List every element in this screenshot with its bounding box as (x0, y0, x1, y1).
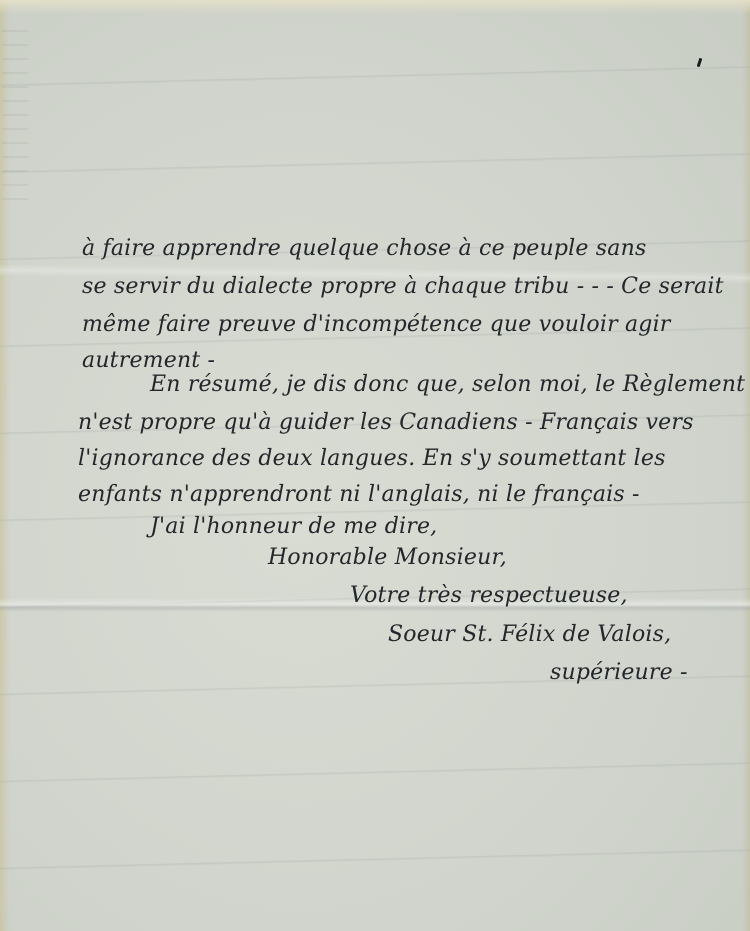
ink-speck (697, 58, 703, 67)
signatory-title: supérieure - (550, 660, 688, 685)
letter-page: à faire apprendre quelque chose à ce peu… (0, 0, 750, 931)
body-line-1: à faire apprendre quelque chose à ce peu… (82, 236, 646, 261)
body-line-2: se servir du dialecte propre à chaque tr… (82, 274, 724, 299)
paragraph2-line-4: enfants n'apprendront ni l'anglais, ni l… (78, 482, 640, 507)
paragraph2-line-3: l'ignorance des deux langues. En s'y sou… (78, 446, 666, 471)
body-line-4: autrement - (82, 348, 215, 373)
paragraph2-line-2: n'est propre qu'à guider les Canadiens -… (78, 410, 694, 435)
signature: Soeur St. Félix de Valois, (388, 622, 671, 647)
body-line-3: même faire preuve d'incompétence que vou… (82, 312, 671, 337)
edge-stamp-mark (2, 20, 28, 200)
closing-line: J'ai l'honneur de me dire, (150, 514, 437, 539)
valediction: Votre très respectueuse, (350, 583, 628, 608)
salutation: Honorable Monsieur, (268, 545, 507, 570)
paragraph2-line-1: En résumé, je dis donc que, selon moi, l… (150, 372, 750, 397)
